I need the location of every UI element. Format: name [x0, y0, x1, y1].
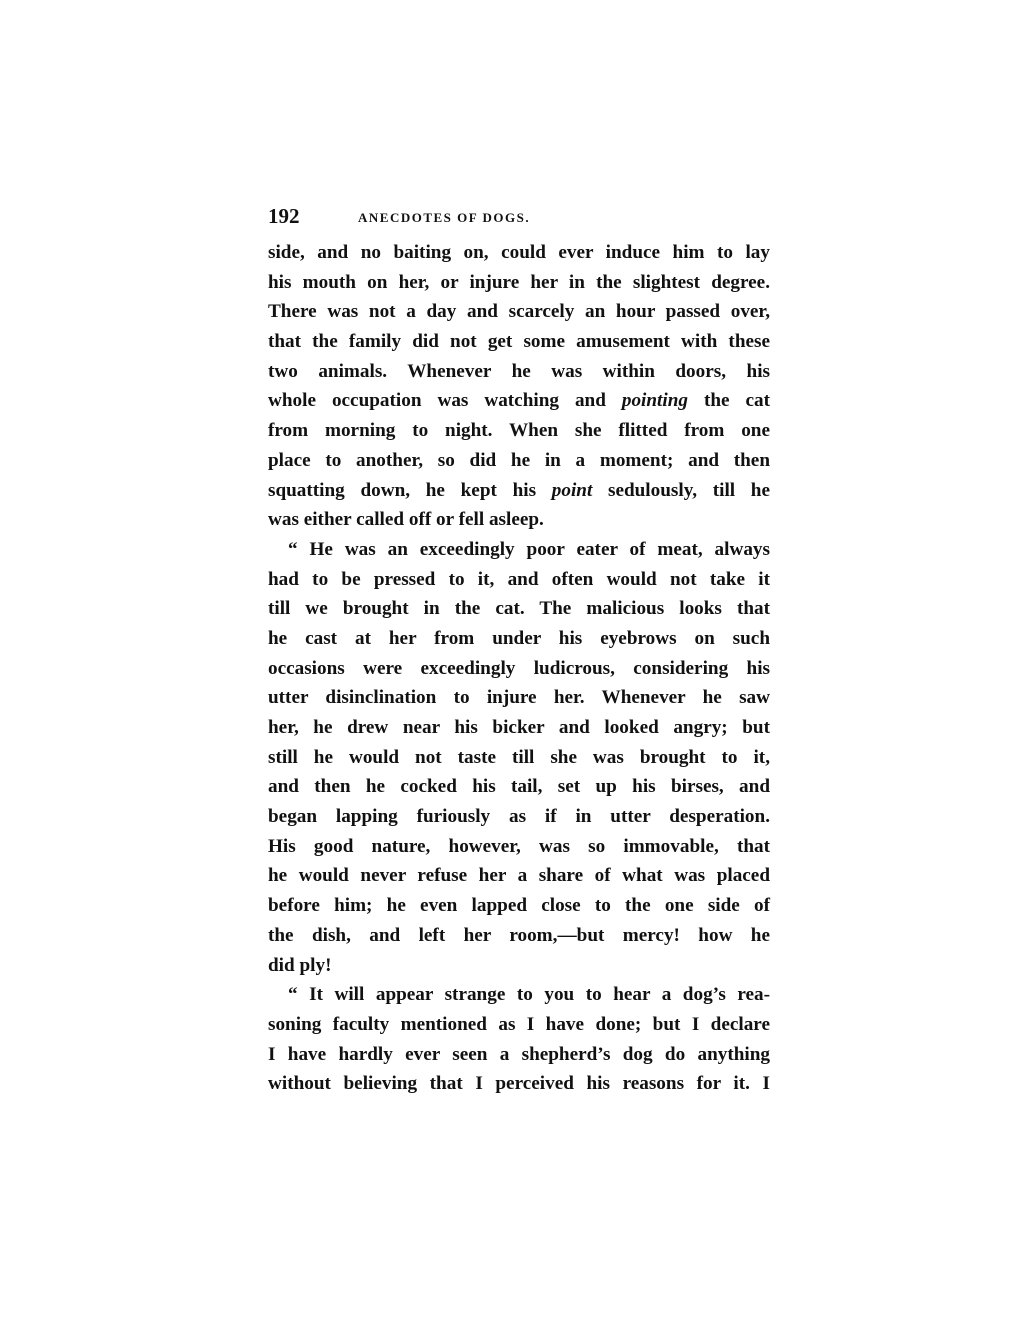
text-line: he would never refuse her a share of wha…	[268, 861, 770, 891]
paragraph: “ It will appear strange to you to hear …	[268, 980, 770, 1099]
page-number: 192	[268, 204, 300, 229]
text-line: he cast at her from under his eyebrows o…	[268, 624, 770, 654]
page-header: 192 ANECDOTES OF DOGS.	[268, 204, 770, 238]
text-line: “ He was an exceedingly poor eater of me…	[268, 535, 770, 565]
body-text: side, and no baiting on, could ever indu…	[268, 238, 770, 1099]
book-page: 192 ANECDOTES OF DOGS. side, and no bait…	[268, 204, 770, 1099]
text-line: occasions were exceedingly ludicrous, co…	[268, 654, 770, 684]
paragraph: side, and no baiting on, could ever indu…	[268, 238, 770, 535]
text-line: His good nature, however, was so immovab…	[268, 832, 770, 862]
text-line: I have hardly ever seen a shepherd’s dog…	[268, 1040, 770, 1070]
italic-emphasis: pointing	[622, 390, 688, 411]
text-line: was either called off or fell asleep.	[268, 505, 770, 535]
text-line: side, and no baiting on, could ever indu…	[268, 238, 770, 268]
text-line: that the family did not get some amuseme…	[268, 327, 770, 357]
text-line: soning faculty mentioned as I have done;…	[268, 1010, 770, 1040]
text-line: There was not a day and scarcely an hour…	[268, 297, 770, 327]
text-line: without believing that I perceived his r…	[268, 1069, 770, 1099]
text-line: before him; he even lapped close to the …	[268, 891, 770, 921]
text-line: his mouth on her, or injure her in the s…	[268, 268, 770, 298]
text-line: began lapping furiously as if in utter d…	[268, 802, 770, 832]
text-line: utter disinclination to injure her. When…	[268, 683, 770, 713]
text-line: her, he drew near his bicker and looked …	[268, 713, 770, 743]
text-line: had to be pressed to it, and often would…	[268, 565, 770, 595]
text-line: still he would not taste till she was br…	[268, 743, 770, 773]
text-line: the dish, and left her room,—but mercy! …	[268, 921, 770, 951]
paragraph: “ He was an exceedingly poor eater of me…	[268, 535, 770, 980]
text-line: and then he cocked his tail, set up his …	[268, 772, 770, 802]
text-line: whole occupation was watching and pointi…	[268, 386, 770, 416]
text-line: two animals. Whenever he was within door…	[268, 357, 770, 387]
text-line: from morning to night. When she flitted …	[268, 416, 770, 446]
italic-emphasis: point	[552, 480, 593, 501]
text-line: did ply!	[268, 951, 770, 981]
text-line: till we brought in the cat. The maliciou…	[268, 594, 770, 624]
running-head: ANECDOTES OF DOGS.	[358, 210, 530, 226]
text-line: place to another, so did he in a moment;…	[268, 446, 770, 476]
text-line: “ It will appear strange to you to hear …	[268, 980, 770, 1010]
text-line: squatting down, he kept his point sedulo…	[268, 476, 770, 506]
